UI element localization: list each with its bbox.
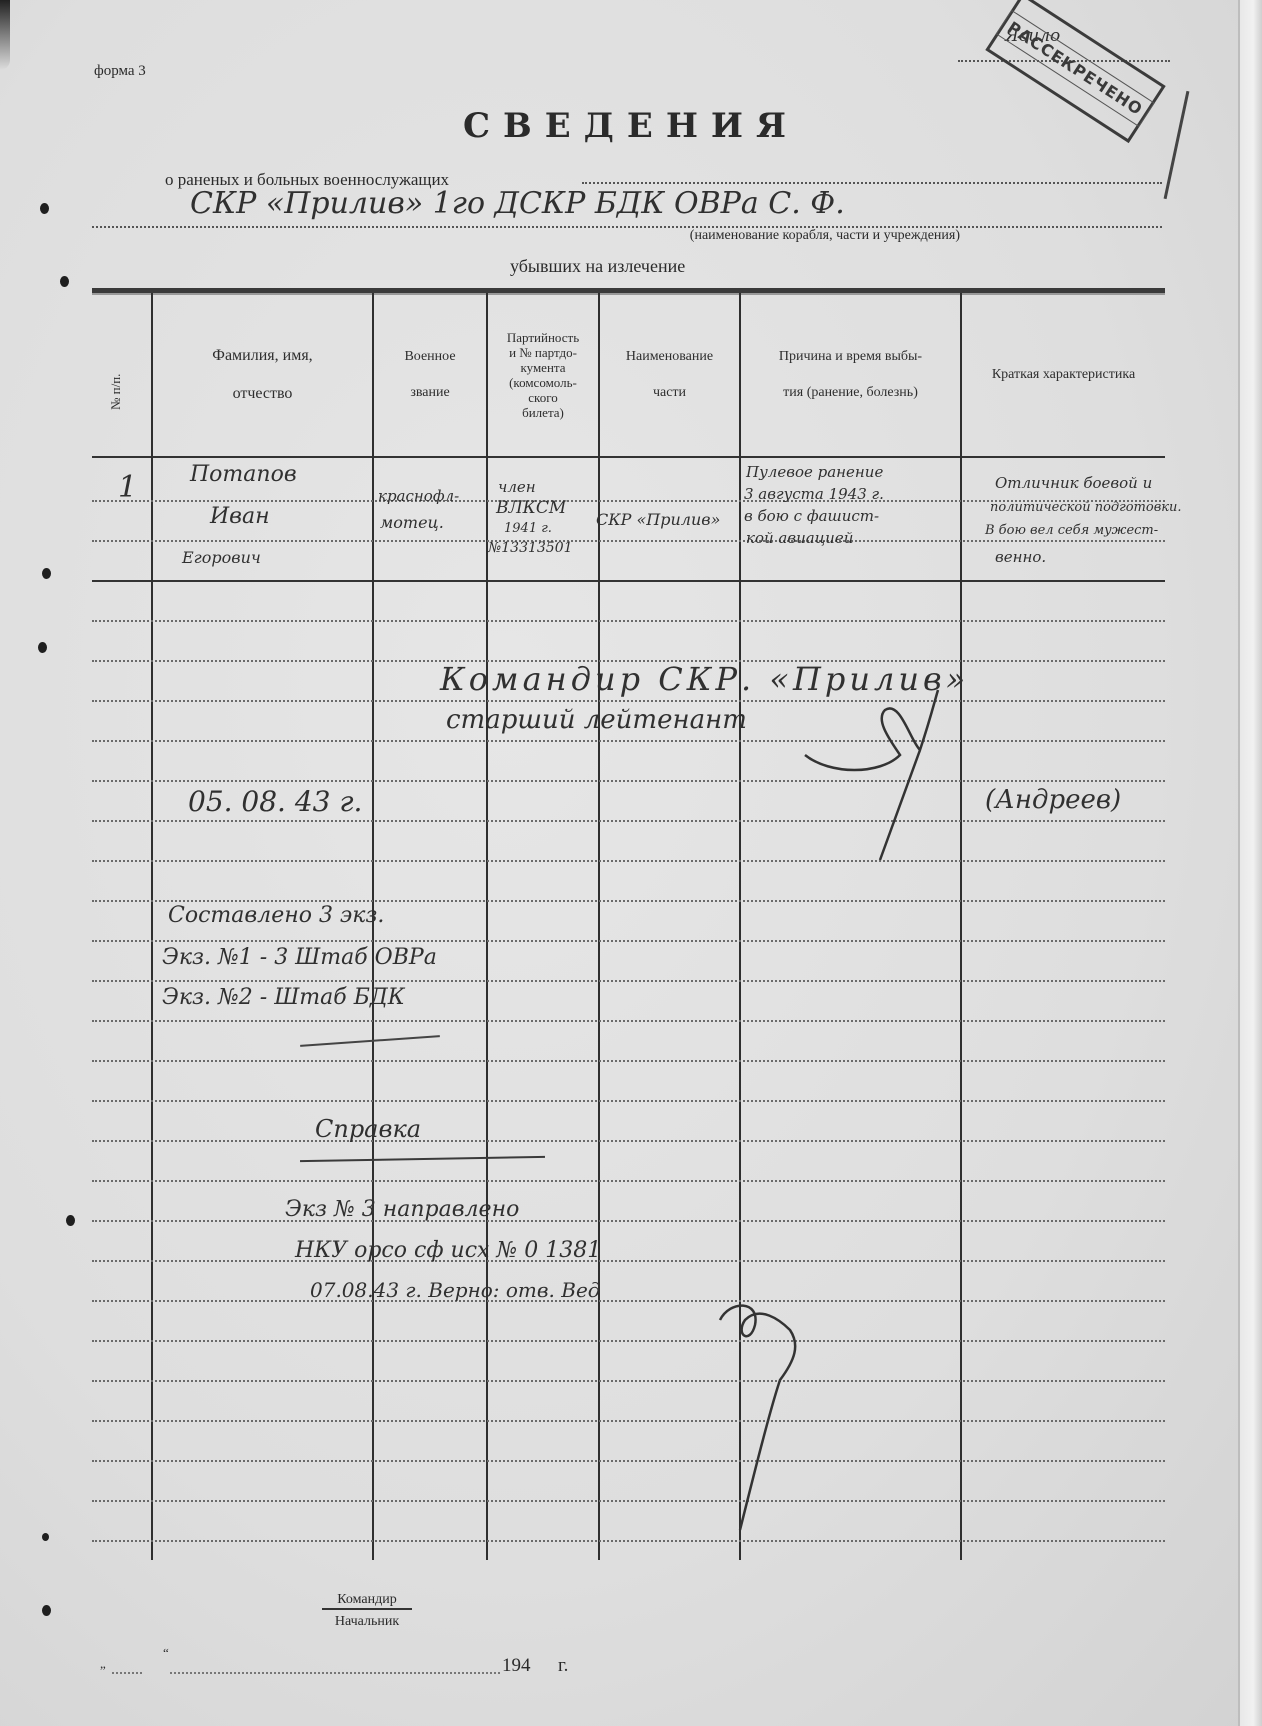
header-rank: Военное звание bbox=[374, 295, 486, 455]
unit-caption: (наименование корабля, части и учреждени… bbox=[0, 228, 960, 244]
header-characteristic: Краткая характеристика bbox=[962, 295, 1165, 455]
page-edge-shadow bbox=[0, 0, 10, 70]
date-handwritten: 05. 08. 43 г. bbox=[188, 785, 362, 818]
row-rank-line1: краснофл- bbox=[378, 487, 459, 505]
note-line1: Экз № 3 направлено bbox=[285, 1197, 519, 1222]
row-rank-line2: мотец. bbox=[380, 513, 444, 532]
ruled-line bbox=[92, 780, 1165, 782]
row-cause-line1: Пулевое ранение bbox=[746, 463, 883, 481]
header-unit-line2: части bbox=[653, 385, 686, 401]
page-right-edge bbox=[1238, 0, 1262, 1726]
header-cause: Причина и время выбы- тия (ранение, боле… bbox=[741, 295, 960, 455]
row-char-line3: В бою вел себя мужест- bbox=[985, 523, 1158, 538]
copies-line3: Экз. №2 - Штаб БДК bbox=[162, 985, 405, 1010]
signer-name: (Андреев) bbox=[985, 785, 1121, 815]
document-page: форма 3 Ясило РАССЕКРЕЧЕНО СВЕДЕНИЯ о ра… bbox=[0, 0, 1262, 1726]
header-name-line1: Фамилия, имя, bbox=[212, 347, 312, 365]
row-char-line4: венно. bbox=[995, 548, 1046, 566]
row-patronymic: Егорович bbox=[182, 548, 261, 567]
header-cause-line1: Причина и время выбы- bbox=[779, 349, 922, 365]
ruled-line bbox=[92, 1420, 1165, 1422]
row-num: 1 bbox=[118, 470, 137, 505]
copies-line1: Составлено 3 экз. bbox=[168, 903, 384, 928]
punch-hole-icon bbox=[66, 1215, 75, 1226]
header-rank-line2: звание bbox=[410, 385, 449, 401]
header-num: № п/п. bbox=[108, 374, 124, 410]
header-party-line: билета) bbox=[522, 405, 564, 420]
page-title: СВЕДЕНИЯ bbox=[0, 106, 1262, 146]
header-party-line: кумента bbox=[520, 360, 565, 375]
header-characteristic-label: Краткая характеристика bbox=[992, 367, 1135, 383]
row-char-line2: политической подготовки. bbox=[990, 500, 1182, 515]
note-heading-underline bbox=[300, 1156, 545, 1162]
header-party-line: и № партдо- bbox=[509, 345, 577, 360]
form-label: форма 3 bbox=[94, 63, 146, 80]
header-party-line: (комсомоль- bbox=[509, 375, 577, 390]
ruled-line bbox=[92, 940, 1165, 942]
column-divider bbox=[486, 293, 488, 1560]
ruled-line bbox=[92, 1100, 1165, 1102]
footer-signer-top: Командир bbox=[322, 1592, 412, 1610]
header-cause-line2: тия (ранение, болезнь) bbox=[783, 385, 918, 401]
punch-hole-icon bbox=[42, 1605, 51, 1616]
punch-hole-icon bbox=[60, 276, 69, 287]
table-top-border bbox=[92, 288, 1165, 293]
column-divider bbox=[960, 293, 962, 1560]
row-bottom-border bbox=[92, 580, 1165, 582]
row-unit: СКР «Прилив» bbox=[596, 510, 720, 529]
ruled-line bbox=[92, 1460, 1165, 1462]
ruled-line bbox=[92, 860, 1165, 862]
ruled-line bbox=[92, 1500, 1165, 1502]
header-unit: Наименование части bbox=[600, 295, 739, 455]
signer-title-line2: старший лейтенант bbox=[446, 705, 747, 735]
ruled-line bbox=[92, 980, 1165, 982]
ruled-line bbox=[92, 1300, 1165, 1302]
ruled-line bbox=[92, 700, 1165, 702]
underline-stroke bbox=[300, 1035, 440, 1047]
ruled-line bbox=[92, 620, 1165, 622]
row-party-line2: ВЛКСМ bbox=[496, 498, 566, 518]
column-divider bbox=[151, 293, 153, 1560]
footer-signer-bottom: Начальник bbox=[322, 1614, 412, 1630]
header-rank-line1: Военное bbox=[404, 349, 455, 365]
ruled-line bbox=[92, 1380, 1165, 1382]
row-firstname: Иван bbox=[210, 504, 270, 529]
departed-label: убывших на излечение bbox=[510, 256, 685, 277]
row-cause-line3: в бою с фашист- bbox=[744, 507, 879, 525]
row-surname: Потапов bbox=[190, 462, 297, 487]
row-party-line1: член bbox=[498, 478, 536, 496]
footer-year-letter: г. bbox=[558, 1655, 568, 1677]
ruled-line bbox=[92, 740, 1165, 742]
header-name-line2: отчество bbox=[233, 385, 293, 403]
footer-day-dotline bbox=[112, 1672, 142, 1674]
footer-quote-open: „ bbox=[100, 1656, 106, 1672]
signature-icon bbox=[770, 680, 970, 870]
ruled-line bbox=[92, 1340, 1165, 1342]
row-cause-line2: 3 августа 1943 г. bbox=[744, 485, 884, 503]
ruled-line bbox=[92, 1060, 1165, 1062]
unit-name-handwritten: СКР «Прилив» 1го ДСКР БДК ОВРа С. Ф. bbox=[190, 186, 845, 221]
punch-hole-icon bbox=[42, 1533, 49, 1541]
punch-hole-icon bbox=[42, 568, 51, 579]
footer-year: 194 bbox=[502, 1655, 531, 1677]
header-unit-line1: Наименование bbox=[626, 349, 713, 365]
footer-quote-close: “ bbox=[163, 1645, 169, 1661]
ruled-line bbox=[92, 1020, 1165, 1022]
ruled-line bbox=[92, 1260, 1165, 1262]
header-bottom-border bbox=[92, 456, 1165, 458]
subtitle-dotline bbox=[582, 182, 1162, 184]
ruled-line bbox=[92, 1140, 1165, 1142]
note-signature-icon bbox=[700, 1290, 880, 1540]
ruled-line bbox=[92, 1180, 1165, 1182]
row-cause-line4: кой авиацией bbox=[746, 529, 853, 547]
column-divider bbox=[598, 293, 600, 1560]
punch-hole-icon bbox=[38, 642, 47, 653]
copies-line2: Экз. №1 - 3 Штаб ОВРа bbox=[162, 945, 437, 970]
header-name: Фамилия, имя, отчество bbox=[153, 295, 372, 455]
header-party-line: ского bbox=[528, 390, 557, 405]
row-char-line1: Отличник боевой и bbox=[995, 474, 1152, 492]
footer-month-dotline bbox=[170, 1672, 500, 1674]
ruled-line bbox=[92, 900, 1165, 902]
row-party-line4: №13313501 bbox=[488, 540, 573, 556]
row-party-line3: 1941 г. bbox=[504, 521, 552, 536]
ruled-line bbox=[92, 1220, 1165, 1222]
note-line2: НКУ орсо сф исх № 0 1381 bbox=[295, 1238, 601, 1263]
note-line3: 07.08.43 г. Верно: отв. Вед bbox=[310, 1278, 600, 1302]
note-heading: Справка bbox=[315, 1115, 421, 1143]
punch-hole-icon bbox=[40, 203, 49, 214]
header-party: Партийность и № партдо- кумента (комсомо… bbox=[488, 295, 598, 455]
header-party-line: Партийность bbox=[507, 330, 579, 345]
ruled-line bbox=[92, 540, 1165, 542]
ruled-line bbox=[92, 820, 1165, 822]
ruled-line bbox=[92, 1540, 1165, 1542]
